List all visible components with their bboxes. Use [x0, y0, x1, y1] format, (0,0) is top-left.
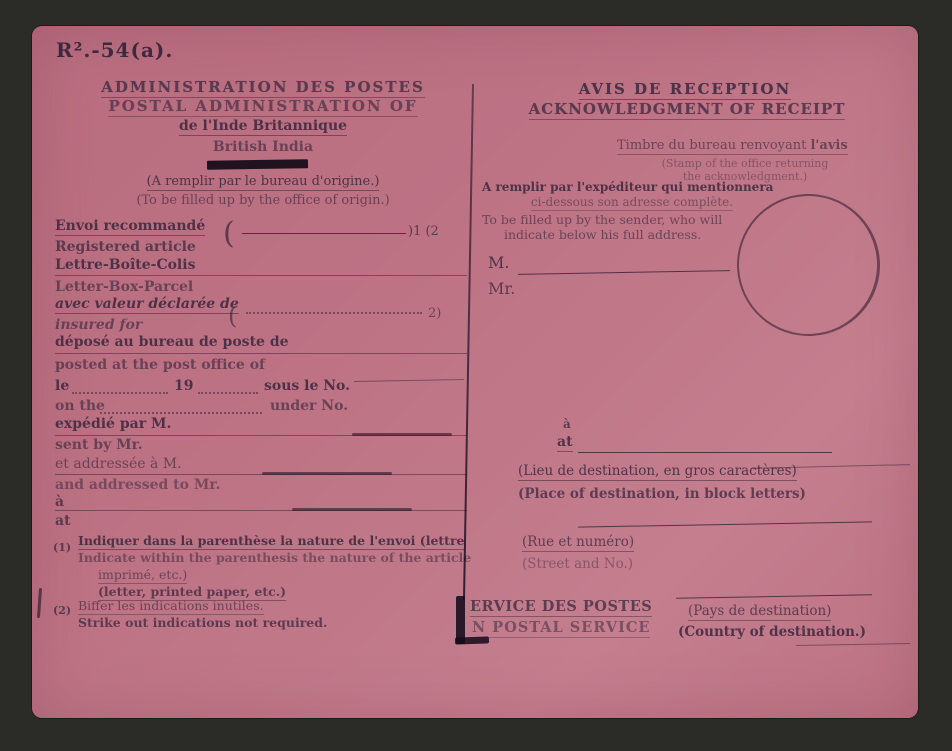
insured-suffix: 2)	[428, 306, 441, 321]
form-number: R².-54(a).	[56, 38, 173, 62]
footnote1-fr2-text: imprimé, etc.)	[98, 567, 187, 584]
service-fr: ERVICE DES POSTES	[470, 598, 652, 615]
footnote1-mark: (1)	[53, 541, 71, 554]
redaction-bar	[207, 159, 308, 169]
left-header-country-fr: de l'Inde Britannique	[83, 118, 443, 134]
service-fr-text: ERVICE DES POSTES	[470, 598, 652, 617]
stamp-note-en1: (Stamp of the office returning	[625, 157, 865, 170]
footnote1-fr2: imprimé, etc.)	[98, 567, 187, 582]
field-sent-fr: expédié par M.	[55, 416, 171, 432]
field-date-on: on the	[55, 398, 105, 414]
stamp-note-fr-pre: Timbre du bureau renvoyant	[617, 138, 810, 153]
fill-line-date3	[354, 379, 464, 382]
left-header-country-fr-text: de l'Inde Britannique	[179, 118, 347, 136]
destination-street-fr: (Rue et numéro)	[522, 534, 634, 550]
fill-line-destination	[578, 452, 832, 453]
footnote1-fr1: Indiquer dans la parenthèse la nature de…	[78, 533, 465, 548]
fill-line-country	[676, 594, 872, 598]
right-header-fr-text: AVIS DE RECEPTION	[579, 80, 791, 100]
center-divider-line	[463, 84, 474, 600]
scanned-photo-background: R².-54(a). ADMINISTRATION DES POSTES POS…	[0, 0, 952, 751]
fill-line-addressee	[518, 270, 730, 275]
field-letterbox-fr: Lettre-Boîte-Colis	[55, 257, 195, 273]
footnote2-fr-text: Biffer les indications inutiles.	[78, 598, 264, 615]
fill-line-addressed	[55, 474, 467, 475]
left-header-admin-fr: ADMINISTRATION DES POSTES	[83, 78, 443, 96]
destination-place-en: (Place of destination, in block letters)	[518, 486, 806, 502]
footnote2-en: Strike out indications not required.	[78, 615, 327, 630]
sender-note-en1: To be filled up by the sender, who will	[482, 212, 722, 227]
ink-smudge-3	[292, 508, 412, 511]
origin-note-fr-text: (A remplir par le bureau d'origine.)	[147, 174, 380, 191]
destination-place-fr-text: (Lieu de destination, en gros caractères…	[518, 463, 797, 481]
ink-smudge-1	[352, 433, 452, 436]
field-date-under: under No.	[270, 398, 348, 414]
footnote1-en2: (letter, printed paper, etc.)	[98, 584, 286, 599]
origin-note-fr: (A remplir par le bureau d'origine.)	[83, 174, 443, 189]
addressee-en: Mr.	[488, 279, 515, 298]
ink-tick-mark	[37, 588, 42, 618]
service-en: N POSTAL SERVICE	[472, 619, 650, 636]
fill-line-posted	[55, 353, 467, 354]
field-sent-en: sent by Mr.	[55, 437, 143, 453]
right-header-fr: AVIS DE RECEPTION	[535, 80, 835, 98]
fill-line-date2	[198, 392, 258, 394]
ink-smudge-2	[262, 472, 392, 475]
sender-note-fr2-text: ci-dessous son adresse complète.	[531, 195, 733, 211]
destination-country-fr-text: (Pays de destination)	[688, 603, 831, 621]
field-insured-en: insured for	[55, 317, 142, 333]
footnote1-en1: Indicate within the parenthesis the natu…	[78, 550, 471, 565]
fill-line-letterbox	[55, 275, 467, 276]
registered-brace: (	[223, 216, 235, 251]
origin-note-en: (To be filled up by the office of origin…	[83, 193, 443, 208]
insured-brace: (	[228, 302, 237, 330]
fill-line-country-2	[796, 643, 910, 646]
field-insured-fr: avec valeur déclarée de	[55, 296, 239, 312]
stamp-note-fr: Timbre du bureau renvoyant l'avis	[617, 138, 848, 153]
footnote2-mark: (2)	[53, 604, 71, 617]
field-letterbox-en: Letter-Box-Parcel	[55, 279, 193, 295]
sender-note-fr2: ci-dessous son adresse complète.	[482, 195, 782, 209]
left-header-country-en: British India	[83, 139, 443, 155]
field-posted-fr: déposé au bureau de poste de	[55, 334, 289, 350]
destination-street-en: (Street and No.)	[522, 556, 633, 572]
addressee-fr: M.	[488, 253, 509, 272]
field-at-en: at	[55, 513, 71, 529]
field-registered-fr: Envoi recommandé	[55, 218, 205, 234]
sender-note-fr1: A remplir par l'expéditeur qui mentionne…	[482, 180, 773, 194]
fill-line-date4	[100, 412, 262, 414]
postal-form-card: R².-54(a). ADMINISTRATION DES POSTES POS…	[32, 26, 918, 718]
destination-street-fr-text: (Rue et numéro)	[522, 534, 634, 552]
fill-line-registered	[242, 233, 406, 234]
field-at-fr: à	[55, 494, 64, 510]
fill-line-date1	[72, 392, 168, 394]
fill-line-insured	[246, 312, 422, 314]
field-date-sous: sous le No.	[264, 378, 350, 394]
sender-note-en2: indicate below his full address.	[504, 227, 701, 242]
field-addressed-en: and addressed to Mr.	[55, 477, 220, 493]
service-en-text: N POSTAL SERVICE	[472, 619, 650, 638]
destination-country-en: (Country of destination.)	[678, 624, 866, 640]
fill-line-street	[578, 521, 872, 527]
left-header-admin-fr-text: ADMINISTRATION DES POSTES	[101, 78, 425, 98]
field-registered-fr-text: Envoi recommandé	[55, 218, 205, 236]
field-posted-en: posted at the post office of	[55, 357, 265, 373]
field-date-year: 19	[174, 378, 193, 394]
stamp-note-fr-text: Timbre du bureau renvoyant l'avis	[617, 138, 848, 155]
left-header-admin-en: POSTAL ADMINISTRATION OF	[83, 97, 443, 115]
field-addressed-fr: et addressée à M.	[55, 456, 182, 472]
destination-country-fr: (Pays de destination)	[688, 603, 831, 619]
destination-place-fr: (Lieu de destination, en gros caractères…	[518, 463, 797, 479]
field-insured-fr-text: avec valeur déclarée de	[55, 296, 239, 314]
left-header-admin-en-text: POSTAL ADMINISTRATION OF	[108, 97, 417, 117]
field-date-le: le	[55, 378, 69, 394]
stamp-note-fr-bold: l'avis	[810, 138, 847, 153]
registered-suffix: )1 (2	[408, 224, 439, 239]
footnote2-fr: Biffer les indications inutiles.	[78, 598, 264, 613]
destination-at-en-text: at	[557, 434, 573, 452]
footnote1-fr1-text: Indiquer dans la parenthèse la nature de…	[78, 533, 465, 550]
right-header-en: ACKNOWLEDGMENT OF RECEIPT	[522, 100, 852, 118]
destination-at-fr: à	[563, 417, 571, 431]
field-registered-en: Registered article	[55, 239, 196, 255]
right-header-en-text: ACKNOWLEDGMENT OF RECEIPT	[529, 100, 846, 120]
destination-at-en: at	[557, 434, 573, 450]
